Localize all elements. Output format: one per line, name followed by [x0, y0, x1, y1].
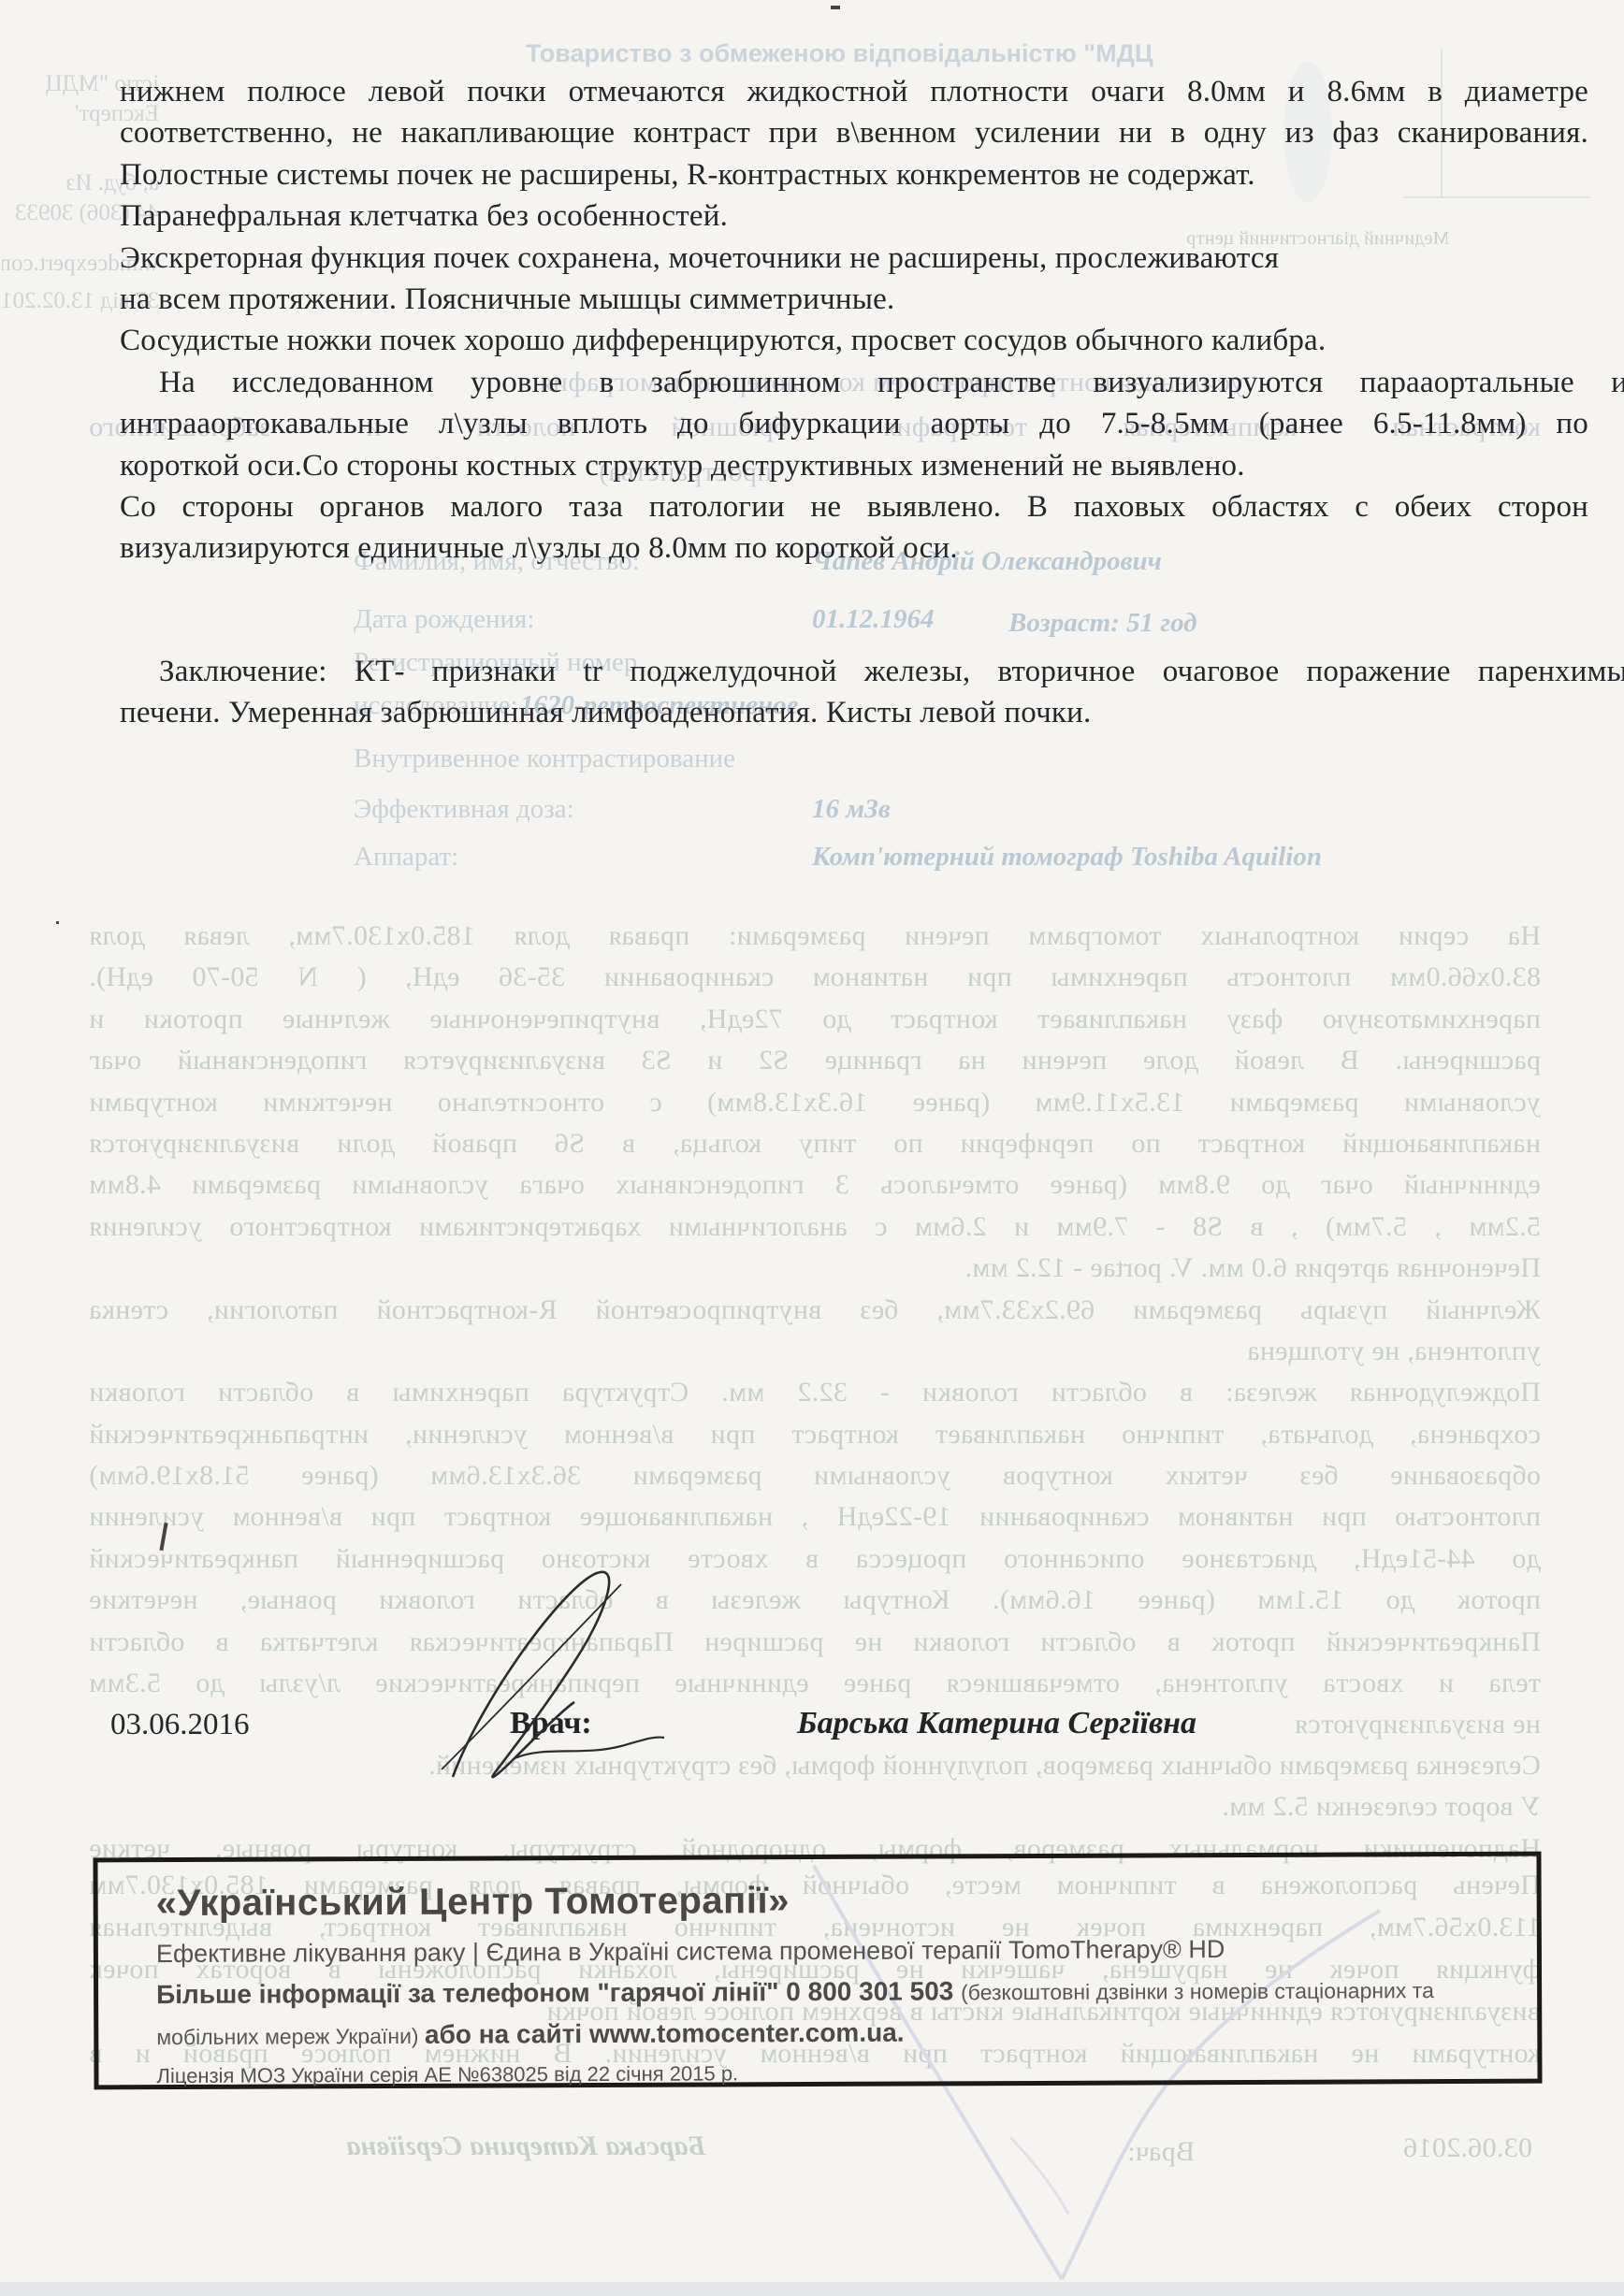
report-line: визуализируются единичные л\узлы до 8.0м… — [120, 531, 1588, 566]
promo-hotline: Більше інформації за телефоном "гарячої … — [156, 1974, 1509, 2010]
scan-speck — [56, 921, 59, 924]
tomotherapy-promo-box: «Український Центр Томотерапії» Ефективн… — [93, 1852, 1542, 2090]
report-line: на всем протяжении. Поясничные мышцы сим… — [120, 282, 1588, 317]
scan-speck — [831, 6, 840, 9]
report-line: Экскреторная функция почек сохранена, мо… — [120, 241, 1588, 276]
report-line: Со стороны органов малого таза патологии… — [120, 490, 1588, 525]
report-line: Полостные системы почек не расширены, R-… — [120, 158, 1588, 193]
report-line: интрааортокавальные л\узлы вплоть до биф… — [120, 407, 1588, 441]
promo-hotline-number: Більше інформації за телефоном "гарячої … — [156, 1976, 961, 2009]
promo-tagline: Ефективне лікування раку | Єдина в Украї… — [156, 1934, 1509, 1969]
scanned-report-page: На серии контрольных томограмм печени ра… — [0, 0, 1624, 2296]
conclusion-line: Заключение: КТ- признаки tr поджелудочно… — [120, 655, 1624, 689]
promo-title: «Український Центр Томотерапії» — [156, 1877, 1509, 1925]
report-line: Паранефральная клетчатка без особенносте… — [120, 199, 1588, 234]
report-line: нижнем полюсе левой почки отмечаются жид… — [120, 75, 1588, 109]
promo-site-line: мобільних мереж України) або на сайті ww… — [156, 2015, 1509, 2051]
doctor-name: Барська Катерина Сергіївна — [797, 1706, 1196, 1741]
doctor-signature — [421, 1560, 730, 1794]
report-line: короткой оси.Со стороны костных структур… — [120, 449, 1588, 484]
promo-hotline-note: (безкоштовні дзвінки з номерів стаціонар… — [961, 1978, 1434, 2004]
report-line: Сосудистые ножки почек хорошо дифференци… — [120, 324, 1588, 358]
scan-edge-shadow — [0, 2282, 1624, 2296]
report-date: 03.06.2016 — [110, 1708, 250, 1742]
conclusion-line: печени. Умеренная забрюшинная лимфоадено… — [120, 696, 1588, 730]
report-line: соответственно, не накапливающие контрас… — [120, 116, 1588, 151]
promo-license: Ліцензія МОЗ України серія АЕ №638025 ві… — [156, 2058, 1509, 2088]
report-line: На исследованном уровне в забрюшинном пр… — [120, 366, 1624, 400]
promo-site-url: або на сайті www.tomocenter.com.ua. — [425, 2018, 905, 2049]
promo-hotline-note2: мобільних мереж України) — [156, 2024, 425, 2049]
